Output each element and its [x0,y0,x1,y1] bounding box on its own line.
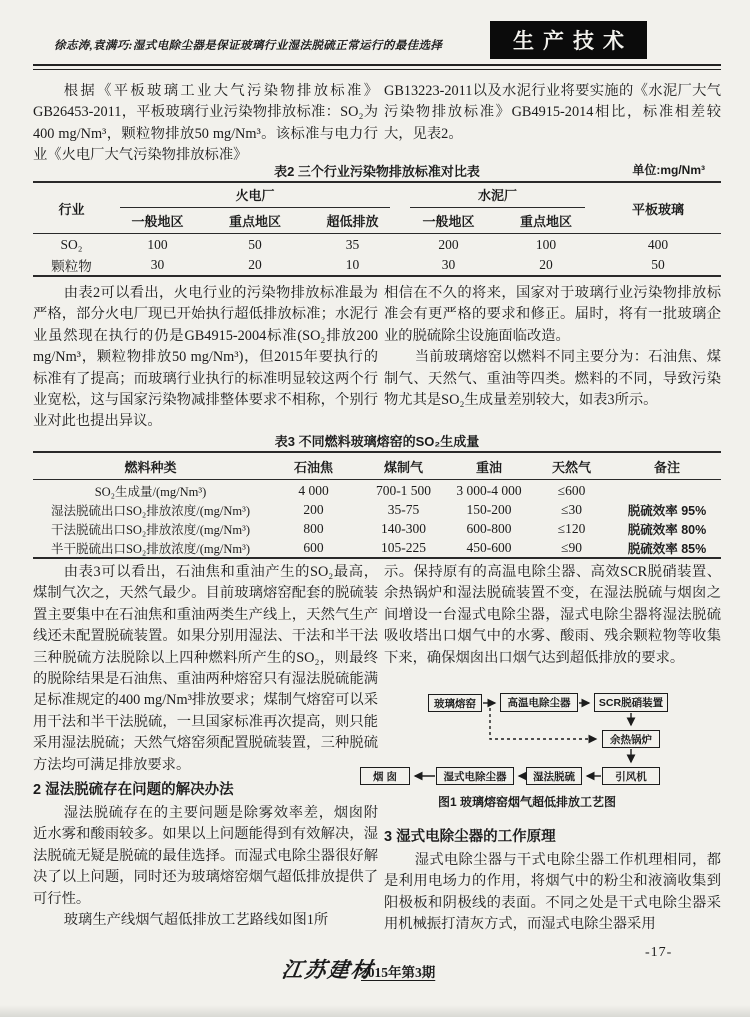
table2-cell: 50 [205,235,305,255]
table3-cell: 150-200 [448,500,530,519]
table2-cell: 100 [110,235,205,255]
table3-cell: 700-1 500 [359,481,448,500]
table3-cell: 3 000-4 000 [448,481,530,500]
table3-cell: 600 [268,538,359,557]
table2-cell: 35 [305,235,400,255]
table3-cell: ≤30 [530,500,613,519]
table2-cell: 30 [110,255,205,275]
paragraph: 根据《平板玻璃工业大气污染物排放标准》GB26453-2011，平板玻璃行业污染… [33,81,378,167]
table3-cell [613,481,721,500]
table2-cell: 20 [205,255,305,275]
table3-header: 燃料种类 [33,453,268,479]
table2-group-power-label: 火电厂 [120,183,390,208]
table2-cell: 100 [497,235,595,255]
figure1-node-waste-heat-boiler: 余热锅炉 [602,730,660,748]
figure1-node-scr-denox: SCR脱硝装置 [594,693,668,712]
table2-cell: 20 [497,255,595,275]
figure1-node-glass-kiln: 玻璃熔窑 [428,694,482,712]
table3-title: 表3 不同燃料玻璃熔窑的SO₂生成量 [33,431,721,450]
table3-header: 石油焦 [268,453,359,479]
table3-cell: 脱硫效率 95% [613,500,721,519]
table2-col-industry: 行业 [33,183,110,233]
paragraph: GB13223-2011以及水泥行业将要实施的《水泥厂大气污染物排放标准》GB4… [384,81,721,145]
table3-grid: 燃料种类 石油焦 煤制气 重油 天然气 备注 SO₂生成量/(mg/Nm³) 4… [33,451,721,559]
paragraph-intro-right: GB13223-2011以及水泥行业将要实施的《水泥厂大气污染物排放标准》GB4… [384,81,721,145]
table2-titlebar: 表2 三个行业污染物排放标准对比表 单位:mg/Nm³ [33,161,721,181]
section3-left-column: 由表3可以看出，石油焦和重油产生的SO₂最高，煤制气次之，天然气最少。目前玻璃熔… [33,562,378,932]
table2-title: 表2 三个行业污染物排放标准对比表 [33,161,721,180]
table2-group-cement-label: 水泥厂 [410,183,585,208]
table2-cell: 30 [400,255,497,275]
table2-subheader: 重点地区 [205,208,305,233]
section3-right-column: 示。保持原有的高温电除尘器、高效SCR脱硝装置、余热锅炉和湿法脱硫装置不变，在湿… [384,562,721,669]
paragraph: 示。保持原有的高温电除尘器、高效SCR脱硝装置、余热锅炉和湿法脱硫装置不变，在湿… [384,562,721,669]
table2-row-label: SO₂ [33,235,110,255]
table2-row-label: 颗粒物 [33,255,110,275]
table2-col-glass: 平板玻璃 [595,183,721,233]
table3-cell: 600-800 [448,519,530,538]
table3-cell: ≤120 [530,519,613,538]
figure1-node-high-temp-esp: 高温电除尘器 [500,693,578,712]
figure1-node-induced-draft-fan: 引风机 [602,767,660,785]
table2-subheader: 一般地区 [110,208,205,233]
section4-right-column: 3 湿式电除尘器的工作原理 湿式电除尘器与干式电除尘器工作机理相同，都是利用电场… [384,826,721,936]
figure1-flow-diagram: 玻璃熔窑 高温电除尘器 SCR脱硝装置 余热锅炉 引风机 湿法脱硫 湿式电除尘器… [350,688,682,818]
table3-cell: 450-600 [448,538,530,557]
figure1-node-wet-fgd: 湿法脱硫 [526,767,582,785]
section-badge: 生产技术 [490,21,647,59]
footer-issue: 2015年第3期 [361,961,435,981]
paragraph: 相信在不久的将来，国家对于玻璃行业污染物排放标准会有更严格的要求和修正。届时，将… [384,283,721,347]
table3-cell: 200 [268,500,359,519]
table2-cell: 10 [305,255,400,275]
table3-cell: 800 [268,519,359,538]
table3-cell: 脱硫效率 80% [613,519,721,538]
paragraph-table2-discussion-left: 由表2可以看出，火电行业的污染物排放标准最为严格，部分火电厂现已开始执行超低排放… [33,283,378,433]
table3-cell: 140-300 [359,519,448,538]
table2-group-power: 火电厂 [110,183,400,208]
table3-header: 重油 [448,453,530,479]
table3-cell: ≤600 [530,481,613,500]
table3-titlebar: 表3 不同燃料玻璃熔窑的SO₂生成量 [33,431,721,451]
header-rule [33,64,721,70]
figure1-node-stack: 烟 囱 [360,767,410,785]
table3-header: 备注 [613,453,721,479]
figure1-node-wet-esp: 湿式电除尘器 [436,767,514,785]
table2-cell: 400 [595,235,721,255]
table3-row-label: 湿法脱硫出口SO₂排放浓度/(mg/Nm³) [33,500,268,519]
table2: 表2 三个行业污染物排放标准对比表 单位:mg/Nm³ 行业 火电厂 水泥厂 平… [33,161,721,277]
paragraph: 由表3可以看出，石油焦和重油产生的SO₂最高，煤制气次之，天然气最少。目前玻璃熔… [33,562,378,776]
table3-header: 煤制气 [359,453,448,479]
table2-cell: 200 [400,235,497,255]
table2-cell: 50 [595,255,721,275]
table3-row-label: 干法脱硫出口SO₂排放浓度/(mg/Nm³) [33,519,268,538]
table3-header: 天然气 [530,453,613,479]
table3-cell: ≤90 [530,538,613,557]
table2-group-cement: 水泥厂 [400,183,595,208]
paragraph-table2-discussion-right: 相信在不久的将来，国家对于玻璃行业污染物排放标准会有更严格的要求和修正。届时，将… [384,283,721,411]
table2-unit: 单位:mg/Nm³ [632,161,705,178]
table3-cell: 4 000 [268,481,359,500]
scanned-journal-page: 徐志涛,袁满巧:湿式电除尘器是保证玻璃行业湿法脱硫正常运行的最佳选择 生产技术 … [0,0,750,1017]
table3-row-label: 半干脱硫出口SO₂排放浓度/(mg/Nm³) [33,538,268,557]
paragraph-intro-left: 根据《平板玻璃工业大气污染物排放标准》GB26453-2011，平板玻璃行业污染… [33,81,378,167]
paragraph: 当前玻璃熔窑以燃料不同主要分为：石油焦、煤制气、天然气、重油等四类。燃料的不同，… [384,347,721,411]
table2-grid: 行业 火电厂 水泥厂 平板玻璃 一般地区 重点地区 超低排放 一般地区 重点地区… [33,181,721,277]
table3-cell: 35-75 [359,500,448,519]
table3: 表3 不同燃料玻璃熔窑的SO₂生成量 燃料种类 石油焦 煤制气 重油 天然气 备… [33,431,721,559]
table3-row-label: SO₂生成量/(mg/Nm³) [33,481,268,500]
running-title: 徐志涛,袁满巧:湿式电除尘器是保证玻璃行业湿法脱硫正常运行的最佳选择 [54,37,442,53]
paragraph: 湿式电除尘器与干式电除尘器工作机理相同，都是利用电场力的作用，将烟气中的粉尘和液… [384,850,721,936]
table3-cell: 脱硫效率 85% [613,538,721,557]
table2-subheader: 超低排放 [305,208,400,233]
paragraph: 玻璃生产线烟气超低排放工艺路线如图1所 [33,910,378,931]
figure1-caption: 图1 玻璃熔窑烟气超低排放工艺图 [372,793,682,810]
table3-cell: 105-225 [359,538,448,557]
paragraph: 由表2可以看出，火电行业的污染物排放标准最为严格，部分火电厂现已开始执行超低排放… [33,283,378,433]
table2-subheader: 重点地区 [497,208,595,233]
footer-page-number: -17- [645,945,672,961]
paragraph: 湿法脱硫存在的主要问题是除雾效率差，烟囱附近水雾和酸雨较多。如果以上问题能得到有… [33,803,378,910]
section-heading-2: 2 湿法脱硫存在问题的解决办法 [33,779,378,801]
section-heading-3: 3 湿式电除尘器的工作原理 [384,826,721,848]
table2-subheader: 一般地区 [400,208,497,233]
